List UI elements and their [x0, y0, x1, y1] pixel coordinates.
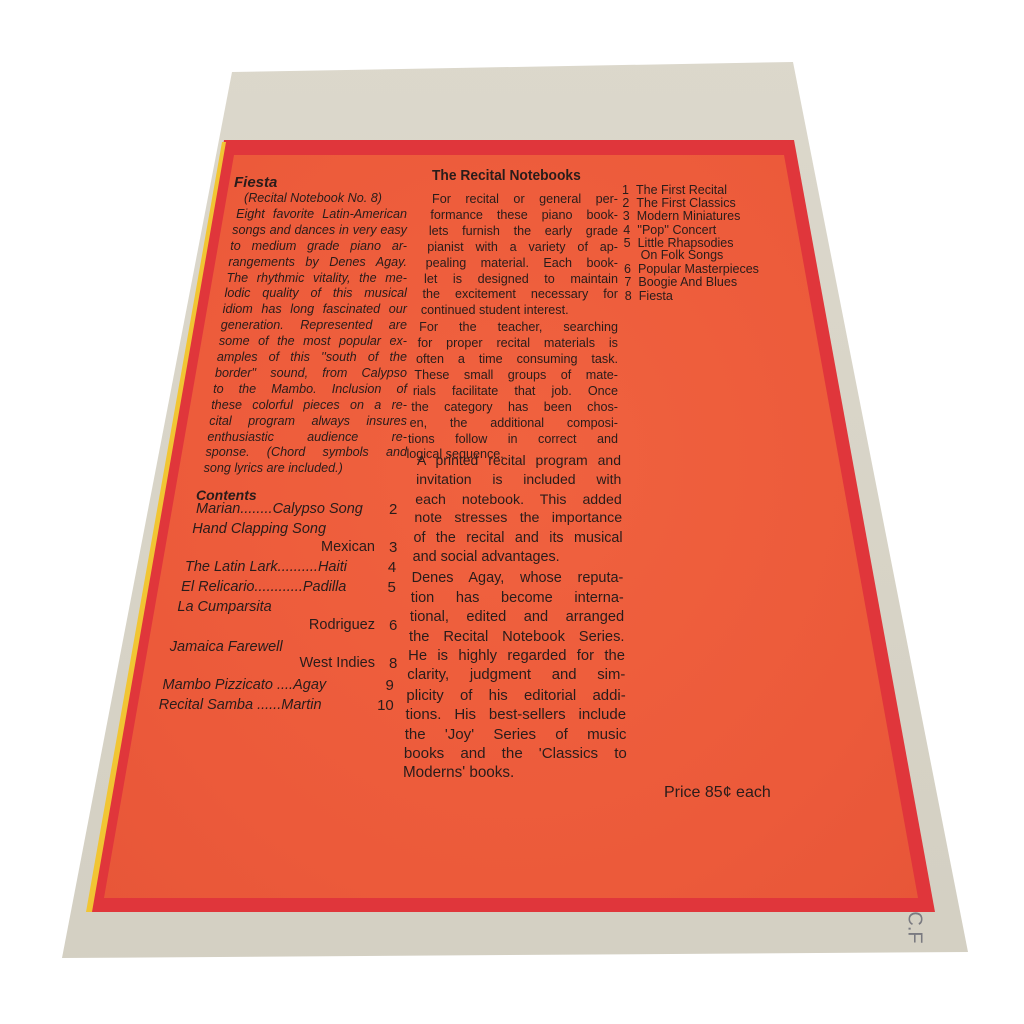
recital-intro-line: let is designed to maintain	[424, 272, 618, 287]
recital-program-line: tions. His best-sellers include	[406, 705, 627, 725]
series-item-title-continued: On Folk Songs	[641, 248, 724, 262]
recital-program-line: Denes Agay, whose reputa-	[412, 569, 624, 589]
contents-item-origin: Calypso Song	[273, 501, 363, 517]
contents-item-title: Recital Samba ......	[159, 697, 282, 713]
fiesta-line: lodic quality of this musical	[225, 286, 407, 301]
series-item-number: 6	[624, 262, 638, 276]
recital-program-line: Moderns' books.	[403, 763, 627, 783]
recital-intro-line: For the teacher, searching	[419, 320, 618, 335]
contents-item-origin: Rodriguez	[309, 617, 375, 633]
series-item-title: ''Pop'' Concert	[637, 223, 716, 237]
series-item-title: Modern Miniatures	[637, 209, 741, 223]
fiesta-line: enthusiastic audience re-	[207, 430, 407, 445]
recital-program-line: note stresses the importance	[414, 509, 622, 529]
recital-intro-line: en, the additional composi-	[410, 416, 618, 431]
contents-item-page: 2	[389, 501, 397, 518]
recital-intro-line: the category has been chos-	[411, 400, 618, 415]
series-item: 8Fiesta	[625, 289, 673, 303]
recital-program-line: A printed recital program and	[417, 451, 621, 471]
fiesta-line: border'' sound, from Calypso	[215, 366, 407, 381]
fiesta-line: some of the most popular ex-	[219, 334, 407, 349]
contents-item: El Relicario............Padilla	[181, 579, 346, 595]
recital-program-line: and social advantages.	[413, 548, 623, 568]
fiesta-line: song lyrics are included.)	[204, 461, 407, 476]
contents-item-title: El Relicario............	[181, 579, 303, 595]
pen-mark: C.F	[903, 911, 926, 943]
series-item: 7Boogie And Blues	[624, 275, 737, 289]
recital-intro-line: pianist with a variety of ap-	[427, 240, 618, 255]
recital-program-line: He is highly regarded for the	[408, 647, 625, 667]
contents-item-title: The Latin Lark..........	[185, 559, 318, 575]
recital-intro-line: continued student interest.	[421, 303, 618, 318]
contents-item-page: 5	[387, 579, 395, 596]
recital-program-line: tion has become interna-	[411, 589, 624, 609]
fiesta-line: cital program always insures	[209, 414, 407, 429]
recital-program-line: plicity of his editorial addi-	[406, 686, 625, 706]
contents-item-origin: Agay	[293, 677, 326, 693]
series-item-title: Popular Masterpieces	[638, 262, 759, 276]
recital-intro-line: rials facilitate that job. Once	[413, 384, 618, 399]
fiesta-line: songs and dances in very easy	[232, 223, 407, 238]
series-item-number: 2	[622, 196, 636, 210]
recital-intro-line: pealing material. Each book-	[426, 256, 618, 271]
recital-intro-line: the excitement necessary for	[422, 287, 618, 302]
fiesta-line: these colorful pieces on a re-	[211, 398, 407, 413]
fiesta-title: Fiesta	[234, 174, 277, 191]
recital-program-line: books and the 'Classics to	[404, 744, 627, 764]
series-item-title: The First Classics	[636, 196, 735, 210]
price-label: Price 85¢ each	[664, 784, 771, 802]
contents-item-page: 8	[389, 655, 397, 672]
fiesta-line: generation. Represented are	[221, 318, 407, 333]
fiesta-line: to medium grade piano ar-	[230, 239, 407, 254]
contents-item-page: 3	[389, 539, 397, 556]
fiesta-line: to the Mambo. Inclusion of	[213, 382, 407, 397]
contents-item-page: 9	[385, 677, 393, 694]
recital-notebooks-title: The Recital Notebooks	[432, 167, 581, 184]
contents-item: Mambo Pizzicato ....Agay	[163, 677, 327, 693]
series-item: 1The First Recital	[622, 183, 727, 197]
contents-item: Recital Samba ......Martin	[159, 697, 322, 713]
fiesta-line: rangements by Denes Agay.	[228, 255, 407, 270]
contents-item-origin: Mexican	[321, 539, 375, 555]
series-item: 4''Pop'' Concert	[623, 223, 716, 237]
recital-intro-line: lets furnish the early grade	[429, 224, 618, 239]
recital-intro-line: These small groups of mate-	[414, 368, 618, 383]
series-item-title: The First Recital	[636, 183, 727, 197]
recital-program-line: clarity, judgment and sim-	[407, 666, 625, 686]
recital-intro-line: often a time consuming task.	[416, 352, 618, 367]
fiesta-line: idiom has long fascinated our	[223, 302, 407, 317]
series-item-number: 1	[622, 183, 636, 197]
series-item: 3Modern Miniatures	[623, 209, 741, 223]
series-item-number: 7	[624, 275, 638, 289]
fiesta-line: Eight favorite Latin-American	[236, 207, 407, 222]
contents-item-page: 4	[388, 559, 396, 576]
contents-item: The Latin Lark..........Haiti	[185, 559, 347, 575]
recital-program-line: invitation is included with	[416, 470, 621, 490]
contents-item-origin: West Indies	[300, 655, 376, 671]
contents-item-title: Hand Clapping Song	[192, 521, 326, 537]
fiesta-line: sponse. (Chord symbols and	[205, 445, 407, 460]
contents-item: Marian........Calypso Song	[196, 501, 363, 517]
series-item: 2The First Classics	[622, 196, 735, 210]
contents-item-title: Mambo Pizzicato ....	[163, 677, 294, 693]
recital-program-line: each notebook. This added	[415, 490, 622, 510]
series-item: 6Popular Masterpieces	[624, 262, 759, 276]
contents-item-title: Jamaica Farewell	[170, 639, 283, 655]
recital-intro-line: for proper recital materials is	[418, 336, 618, 351]
contents-item-title: Marian........	[196, 501, 273, 517]
recital-program-line: of the recital and its musical	[414, 529, 623, 549]
recital-intro-line: For recital or general per-	[432, 192, 618, 207]
recital-intro-line: formance these piano book-	[430, 208, 618, 223]
series-item-number: 3	[623, 209, 637, 223]
fiesta-line: (Recital Notebook No. 8)	[244, 191, 407, 206]
recital-intro-line: tions follow in correct and	[408, 432, 618, 447]
fiesta-line: The rhythmic vitality, the me-	[226, 271, 407, 286]
recital-program-line: the 'Joy' Series of music	[405, 725, 627, 745]
recital-program-line: tional, edited and arranged	[410, 608, 624, 628]
contents-item-page: 6	[389, 617, 397, 634]
contents-item-title: La Cumparsita	[177, 599, 271, 615]
series-item-title: Fiesta	[639, 289, 673, 303]
series-item-number: 4	[623, 223, 637, 237]
series-item-number: 5	[624, 236, 638, 250]
contents-item-origin: Haiti	[318, 559, 347, 575]
fiesta-line: amples of this ''south of the	[217, 350, 407, 365]
contents-item-page: 10	[377, 697, 394, 714]
series-item-title: Boogie And Blues	[638, 275, 737, 289]
series-item-number: 8	[625, 289, 639, 303]
contents-item-origin: Padilla	[303, 579, 347, 595]
recital-program-line: the Recital Notebook Series.	[409, 628, 624, 648]
contents-item-origin: Martin	[281, 697, 321, 713]
